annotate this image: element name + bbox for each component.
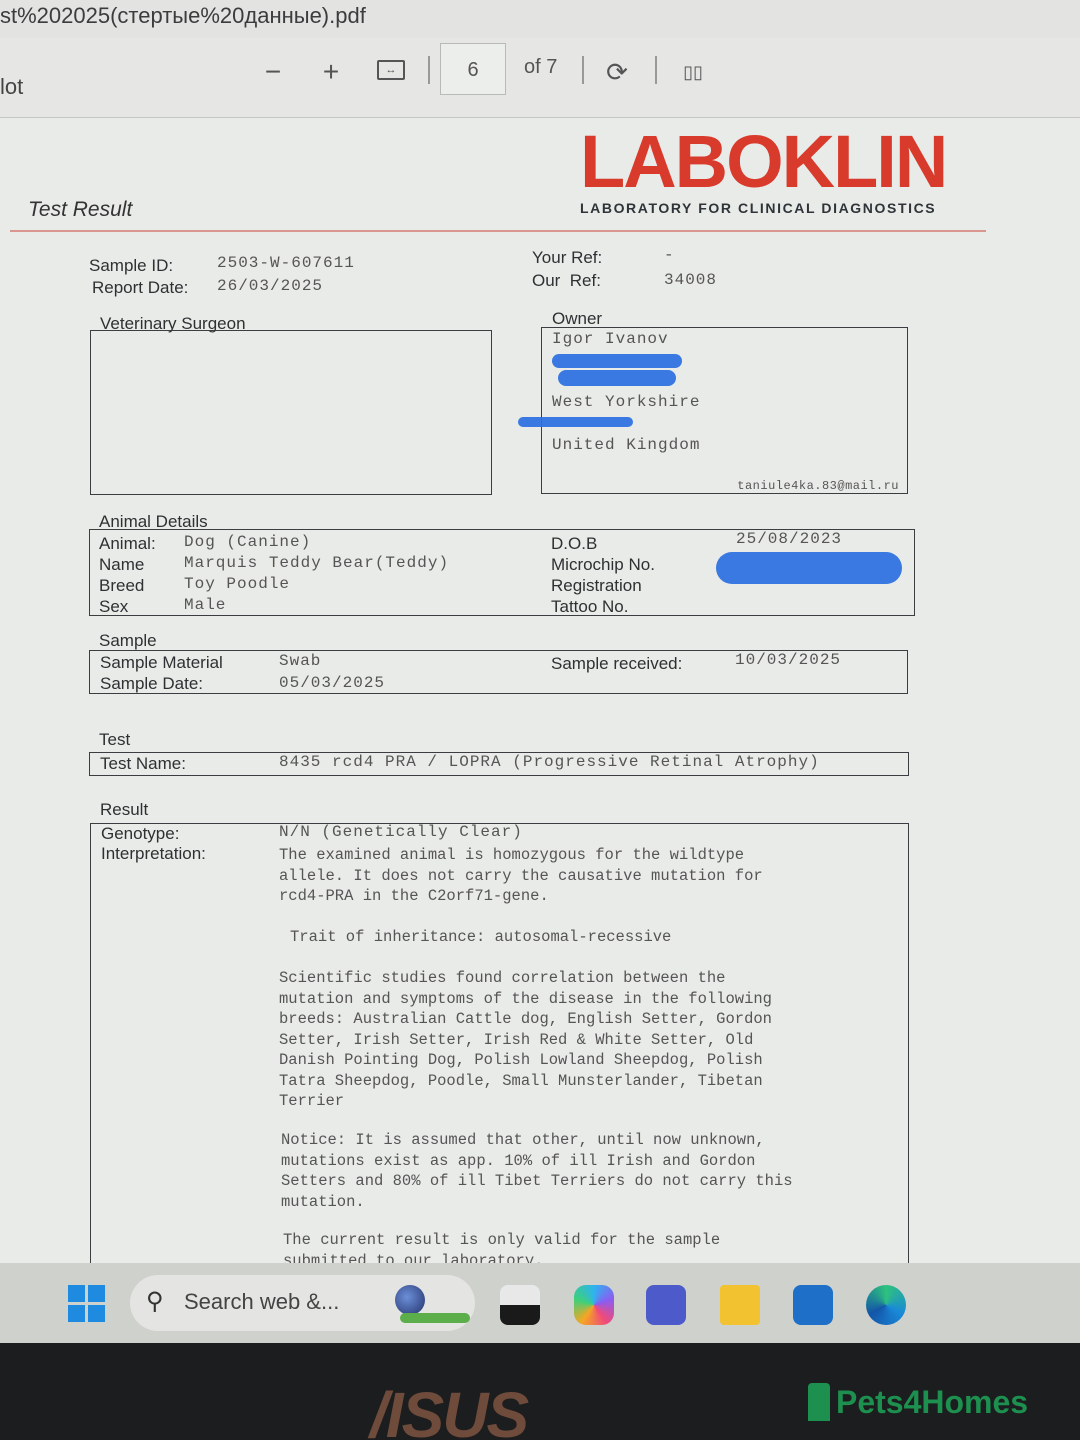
copilot-icon[interactable]	[574, 1285, 614, 1325]
pets4homes-logo-icon	[808, 1383, 830, 1421]
interpretation-text: The examined animal is homozygous for th…	[279, 845, 763, 907]
laptop-bezel: /ISUS Pets4Homes	[0, 1343, 1080, 1440]
name-value: Marquis Teddy Bear(Teddy)	[184, 554, 449, 572]
search-icon: ⚲	[146, 1287, 164, 1316]
inheritance-text: Trait of inheritance: autosomal-recessiv…	[290, 927, 671, 948]
genotype-value: N/N (Genetically Clear)	[279, 823, 523, 841]
terminal-icon[interactable]	[500, 1285, 540, 1325]
registration-label: Registration	[551, 576, 642, 596]
sample-id-label: Sample ID:	[89, 256, 173, 276]
sample-material-label: Sample Material	[100, 653, 223, 673]
interpretation-label: Interpretation:	[101, 844, 206, 864]
toolbar-divider	[655, 56, 657, 84]
owner-county: West Yorkshire	[552, 393, 700, 411]
our-ref-label: Our Ref:	[532, 271, 601, 291]
test-section-label: Test	[99, 730, 130, 750]
page-view-icon[interactable]: ▯▯	[678, 52, 708, 92]
sample-section-label: Sample	[99, 631, 157, 651]
vet-box	[90, 330, 492, 495]
sample-received-label: Sample received:	[551, 654, 682, 674]
tattoo-label: Tattoo No.	[551, 597, 629, 617]
fit-width-icon[interactable]: ↔	[377, 60, 405, 80]
football-widget-icon	[395, 1285, 425, 1315]
name-label: Name	[99, 555, 144, 575]
document-title: Test Result	[28, 198, 132, 222]
owner-country: United Kingdom	[552, 436, 700, 454]
window-title: st%202025(стертые%20данные).pdf	[0, 3, 366, 28]
result-section-label: Result	[100, 800, 148, 820]
asus-logo: /ISUS	[370, 1383, 527, 1440]
rotate-icon[interactable]: ⟳	[602, 52, 632, 92]
page-count: of 7	[524, 56, 557, 79]
redaction-scribble	[552, 354, 682, 368]
genotype-label: Genotype:	[101, 824, 179, 844]
outlook-icon[interactable]	[793, 1285, 833, 1325]
pets4homes-text: Pets4Homes	[836, 1384, 1028, 1420]
dob-label: D.O.B	[551, 534, 597, 554]
taskbar-search[interactable]: ⚲ Search web &...	[130, 1275, 475, 1331]
breed-value: Toy Poodle	[184, 575, 290, 593]
pets4homes-watermark: Pets4Homes	[808, 1383, 1028, 1421]
redaction-scribble	[558, 370, 676, 386]
header-divider	[10, 230, 986, 232]
logo-brand: LABOKLIN	[580, 126, 960, 198]
pdf-toolbar: lot − + ↔ 6 of 7 ⟳ ▯▯	[0, 38, 1080, 118]
test-box: Test Name: 8435 rcd4 PRA / LOPRA (Progre…	[89, 752, 909, 776]
notice-text: Notice: It is assumed that other, until …	[281, 1130, 793, 1212]
owner-box: Igor Ivanov West Yorkshire United Kingdo…	[541, 327, 908, 494]
window-title-bar: st%202025(стертые%20данные).pdf	[0, 0, 1080, 38]
sample-material-value: Swab	[279, 652, 321, 670]
redaction-scribble	[518, 417, 633, 427]
sidebar-label[interactable]: lot	[0, 74, 23, 100]
zoom-out-button[interactable]: −	[258, 52, 288, 92]
sample-date-value: 05/03/2025	[279, 674, 385, 692]
test-name-label: Test Name:	[100, 754, 186, 774]
owner-name: Igor Ivanov	[552, 330, 669, 348]
sample-box: Sample Material Swab Sample Date: 05/03/…	[89, 650, 908, 694]
sex-value: Male	[184, 596, 226, 614]
microchip-label: Microchip No.	[551, 555, 655, 575]
animal-value: Dog (Canine)	[184, 533, 311, 551]
owner-email: taniule4ka.83@mail.ru	[737, 479, 899, 493]
owner-section-label: Owner	[552, 309, 602, 329]
start-button[interactable]	[68, 1285, 106, 1323]
file-explorer-icon[interactable]	[720, 1285, 760, 1325]
your-ref-label: Your Ref:	[532, 248, 602, 268]
toolbar-divider	[428, 56, 430, 84]
page-number-input[interactable]: 6	[440, 43, 506, 95]
dob-value: 25/08/2023	[736, 530, 842, 548]
toolbar-divider	[582, 56, 584, 84]
zoom-in-button[interactable]: +	[316, 52, 346, 92]
taskbar: ⚲ Search web &...	[0, 1263, 1080, 1343]
studies-text: Scientific studies found correlation bet…	[279, 968, 772, 1112]
animal-box: Animal: Dog (Canine) Name Marquis Teddy …	[89, 529, 915, 616]
logo-tagline: LABORATORY FOR CLINICAL DIAGNOSTICS	[580, 200, 960, 216]
edge-icon[interactable]	[866, 1285, 906, 1325]
teams-icon[interactable]	[646, 1285, 686, 1325]
your-ref-value: -	[664, 246, 675, 264]
result-box: Genotype: N/N (Genetically Clear) Interp…	[90, 823, 909, 1275]
report-date-value: 26/03/2025	[217, 277, 323, 295]
our-ref-value: 34008	[664, 271, 717, 289]
sample-received-value: 10/03/2025	[735, 651, 841, 669]
search-placeholder: Search web &...	[184, 1289, 339, 1315]
sample-date-label: Sample Date:	[100, 674, 203, 694]
animal-label: Animal:	[99, 534, 156, 554]
laboklin-logo: LABOKLIN LABORATORY FOR CLINICAL DIAGNOS…	[580, 126, 960, 216]
sex-label: Sex	[99, 597, 128, 617]
test-name-value: 8435 rcd4 PRA / LOPRA (Progressive Retin…	[279, 753, 820, 771]
redaction-scribble	[716, 552, 902, 584]
report-date-label: Report Date:	[92, 278, 188, 298]
breed-label: Breed	[99, 576, 144, 596]
sample-id-value: 2503-W-607611	[217, 254, 355, 272]
pdf-page: LABOKLIN LABORATORY FOR CLINICAL DIAGNOS…	[0, 118, 1080, 1263]
football-widget-grass	[400, 1313, 470, 1323]
